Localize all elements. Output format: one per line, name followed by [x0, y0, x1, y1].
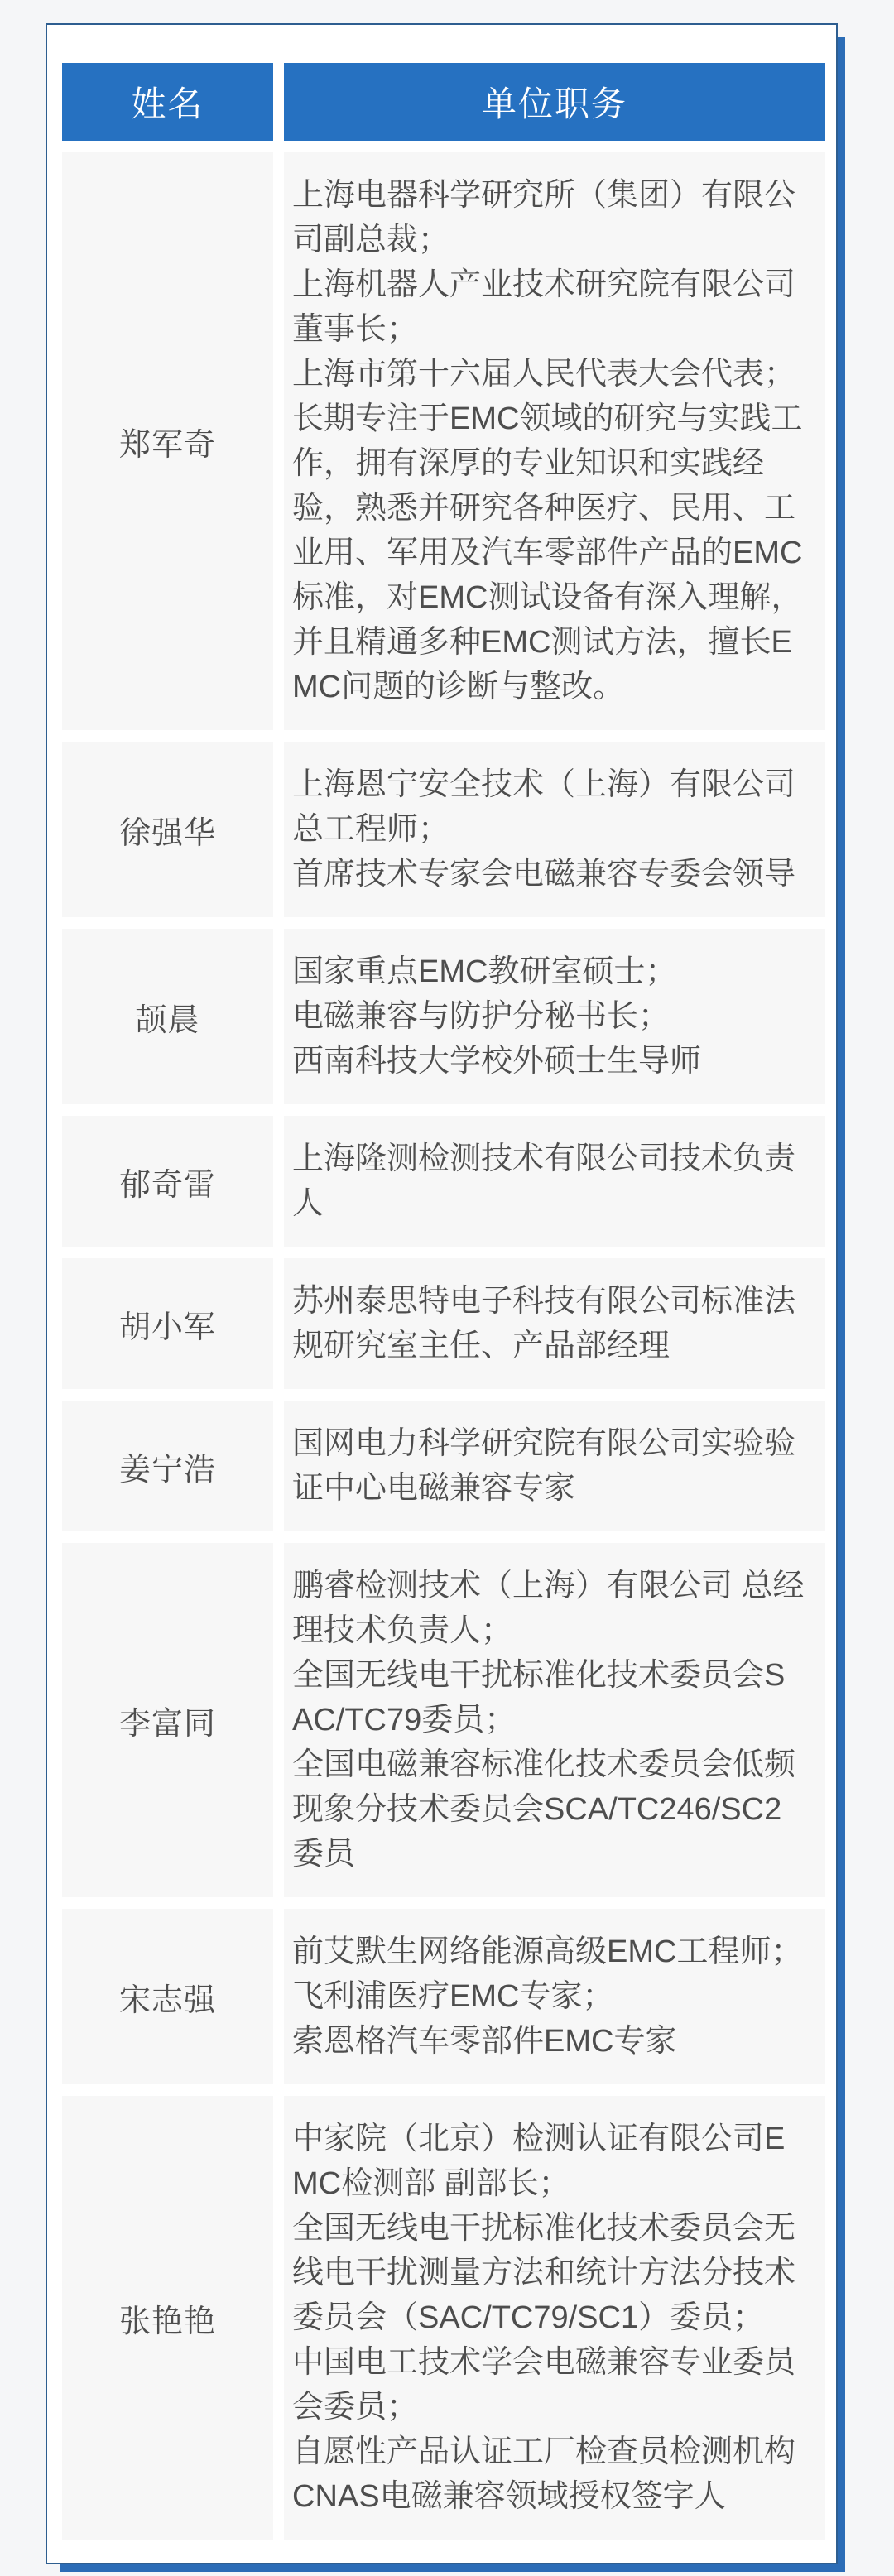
position-item: 国家重点EMC教研室硕士； [292, 949, 805, 994]
table-body: 郑军奇 上海电器科学研究所（集团）有限公司副总裁；上海机器人产业技术研究院有限公… [62, 152, 825, 2540]
position-item: 鹏睿检测技术（上海）有限公司 总经理技术负责人； [292, 1564, 805, 1653]
position-item: 索恩格汽车零部件EMC专家 [292, 2019, 805, 2064]
member-name-cell: 郑军奇 [62, 152, 273, 730]
position-item: 中国电工技术学会电磁兼容专业委员会委员； [292, 2340, 805, 2429]
member-name-cell: 徐强华 [62, 742, 273, 917]
member-name-cell: 胡小军 [62, 1258, 273, 1389]
position-item: 中家院（北京）检测认证有限公司EMC检测部 副部长； [292, 2117, 805, 2206]
table-row: 颉晨 国家重点EMC教研室硕士；电磁兼容与防护分秘书长；西南科技大学校外硕士生导… [62, 929, 825, 1104]
member-name: 宋志强 [119, 1974, 216, 2020]
table-header-row: 姓名 单位职务 [62, 63, 825, 141]
table-row: 张艳艳 中家院（北京）检测认证有限公司EMC检测部 副部长；全国无线电干扰标准化… [62, 2096, 825, 2540]
position-item: 自愿性产品认证工厂检查员检测机构CNAS电磁兼容领域授权签字人 [292, 2429, 805, 2519]
position-item: 上海市第十六届人民代表大会代表； [292, 352, 805, 396]
position-item: 苏州泰思特电子科技有限公司标准法规研究室主任、产品部经理 [292, 1279, 805, 1368]
member-name-cell: 张艳艳 [62, 2096, 273, 2540]
table-row: 郑军奇 上海电器科学研究所（集团）有限公司副总裁；上海机器人产业技术研究院有限公… [62, 152, 825, 730]
member-name-cell: 颉晨 [62, 929, 273, 1104]
member-name-cell: 宋志强 [62, 1909, 273, 2084]
member-positions-cell: 中家院（北京）检测认证有限公司EMC检测部 副部长；全国无线电干扰标准化技术委员… [284, 2096, 825, 2540]
member-name-cell: 李富同 [62, 1543, 273, 1897]
position-item: 全国电磁兼容标准化技术委员会低频现象分技术委员会SCA/TC246/SC2委员 [292, 1742, 805, 1877]
table-row: 李富同 鹏睿检测技术（上海）有限公司 总经理技术负责人；全国无线电干扰标准化技术… [62, 1543, 825, 1897]
member-name: 李富同 [119, 1698, 216, 1743]
position-item: 上海隆测检测技术有限公司技术负责人 [292, 1137, 805, 1226]
member-positions-cell: 鹏睿检测技术（上海）有限公司 总经理技术负责人；全国无线电干扰标准化技术委员会S… [284, 1543, 825, 1897]
table-row: 姜宁浩 国网电力科学研究院有限公司实验验证中心电磁兼容专家 [62, 1401, 825, 1531]
member-name: 姜宁浩 [119, 1444, 216, 1489]
table-row: 胡小军 苏州泰思特电子科技有限公司标准法规研究室主任、产品部经理 [62, 1258, 825, 1389]
position-item: 全国无线电干扰标准化技术委员会SAC/TC79委员； [292, 1653, 805, 1742]
member-name: 郑军奇 [119, 419, 216, 464]
table-row: 郁奇雷 上海隆测检测技术有限公司技术负责人 [62, 1116, 825, 1247]
table-row: 徐强华 上海恩宁安全技术（上海）有限公司总工程师；首席技术专家会电磁兼容专委会领… [62, 742, 825, 917]
member-positions-cell: 上海电器科学研究所（集团）有限公司副总裁；上海机器人产业技术研究院有限公司董事长… [284, 152, 825, 730]
header-cell-position: 单位职务 [284, 63, 825, 141]
member-positions-cell: 苏州泰思特电子科技有限公司标准法规研究室主任、产品部经理 [284, 1258, 825, 1389]
header-name-label: 姓名 [131, 77, 204, 127]
table-row: 宋志强 前艾默生网络能源高级EMC工程师；飞利浦医疗EMC专家；索恩格汽车零部件… [62, 1909, 825, 2084]
member-name: 徐强华 [119, 807, 216, 853]
header-cell-name: 姓名 [62, 63, 273, 141]
member-positions-cell: 前艾默生网络能源高级EMC工程师；飞利浦医疗EMC专家；索恩格汽车零部件EMC专… [284, 1909, 825, 2084]
member-positions-cell: 国家重点EMC教研室硕士；电磁兼容与防护分秘书长；西南科技大学校外硕士生导师 [284, 929, 825, 1104]
position-item: 长期专注于EMC领域的研究与实践工作，拥有深厚的专业知识和实践经验，熟悉并研究各… [292, 396, 805, 709]
position-item: 国网电力科学研究院有限公司实验验证中心电磁兼容专家 [292, 1421, 805, 1511]
position-item: 上海电器科学研究所（集团）有限公司副总裁； [292, 173, 805, 262]
position-item: 西南科技大学校外硕士生导师 [292, 1039, 805, 1084]
position-item: 首席技术专家会电磁兼容专委会领导 [292, 852, 805, 896]
member-name: 张艳艳 [119, 2295, 216, 2341]
position-item: 上海机器人产业技术研究院有限公司董事长； [292, 262, 805, 352]
position-item: 前艾默生网络能源高级EMC工程师； [292, 1930, 805, 1974]
header-position-label: 单位职务 [482, 77, 627, 127]
position-item: 电磁兼容与防护分秘书长； [292, 994, 805, 1039]
page-background: 姓名 单位职务 郑军奇 上海电器科学研究所（集团）有限公司副总裁；上海机器人产业… [0, 0, 894, 2576]
member-positions-cell: 国网电力科学研究院有限公司实验验证中心电磁兼容专家 [284, 1401, 825, 1531]
position-item: 上海恩宁安全技术（上海）有限公司总工程师； [292, 762, 805, 852]
member-name: 郁奇雷 [119, 1159, 216, 1204]
member-name-cell: 姜宁浩 [62, 1401, 273, 1531]
position-item: 全国无线电干扰标准化技术委员会无线电干扰测量方法和统计方法分技术委员会（SAC/… [292, 2206, 805, 2340]
position-item: 飞利浦医疗EMC专家； [292, 1974, 805, 2019]
member-name-cell: 郁奇雷 [62, 1116, 273, 1247]
member-name: 胡小军 [119, 1301, 216, 1347]
member-name: 颉晨 [135, 994, 199, 1040]
experts-table-card: 姓名 单位职务 郑军奇 上海电器科学研究所（集团）有限公司副总裁；上海机器人产业… [46, 23, 838, 2564]
member-positions-cell: 上海隆测检测技术有限公司技术负责人 [284, 1116, 825, 1247]
member-positions-cell: 上海恩宁安全技术（上海）有限公司总工程师；首席技术专家会电磁兼容专委会领导 [284, 742, 825, 917]
